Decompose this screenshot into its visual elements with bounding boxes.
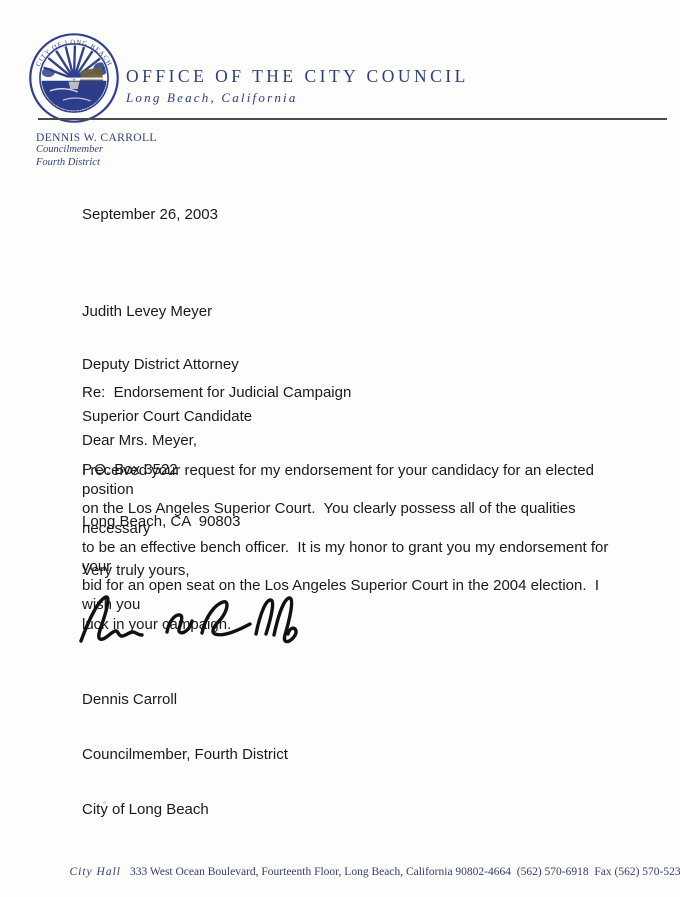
signature-name-block: Dennis Carroll Councilmember, Fourth Dis… [82, 654, 288, 856]
scanned-letter-page: CITY OF LONG BEACH INCORPORATED [0, 0, 680, 897]
recipient-line: Superior Court Candidate [82, 408, 252, 426]
sender-name: DENNIS W. CARROLL [36, 132, 157, 144]
date-line: September 26, 2003 [82, 206, 218, 223]
signature-name: Dennis Carroll [82, 691, 288, 709]
footer-address: 333 West Ocean Boulevard, Fourteenth Flo… [130, 866, 680, 878]
subject-line: Re: Endorsement for Judicial Campaign [82, 384, 351, 401]
long-beach-city-seal-icon: CITY OF LONG BEACH INCORPORATED [28, 32, 120, 124]
footer: City Hall333 West Ocean Boulevard, Fourt… [58, 854, 680, 890]
signature-org: City of Long Beach [82, 801, 288, 819]
sender-title: Councilmember [36, 144, 157, 157]
sender-block: DENNIS W. CARROLL Councilmember Fourth D… [36, 132, 157, 169]
salutation-line: Dear Mrs. Meyer, [82, 432, 197, 449]
signature-title: Councilmember, Fourth District [82, 746, 288, 764]
recipient-line: Judith Levey Meyer [82, 303, 252, 321]
recipient-line: Deputy District Attorney [82, 356, 252, 374]
scan-artifact-speck [103, 801, 106, 804]
sender-district: Fourth District [36, 157, 157, 170]
letterhead: OFFICE OF THE CITY COUNCIL Long Beach, C… [126, 66, 469, 106]
handwritten-signature-icon [74, 588, 314, 650]
office-location: Long Beach, California [126, 90, 469, 106]
office-title: OFFICE OF THE CITY COUNCIL [126, 66, 469, 87]
footer-label: City Hall [70, 866, 122, 878]
letterhead-divider-rule [38, 118, 667, 120]
closing-line: Very truly yours, [82, 562, 190, 579]
